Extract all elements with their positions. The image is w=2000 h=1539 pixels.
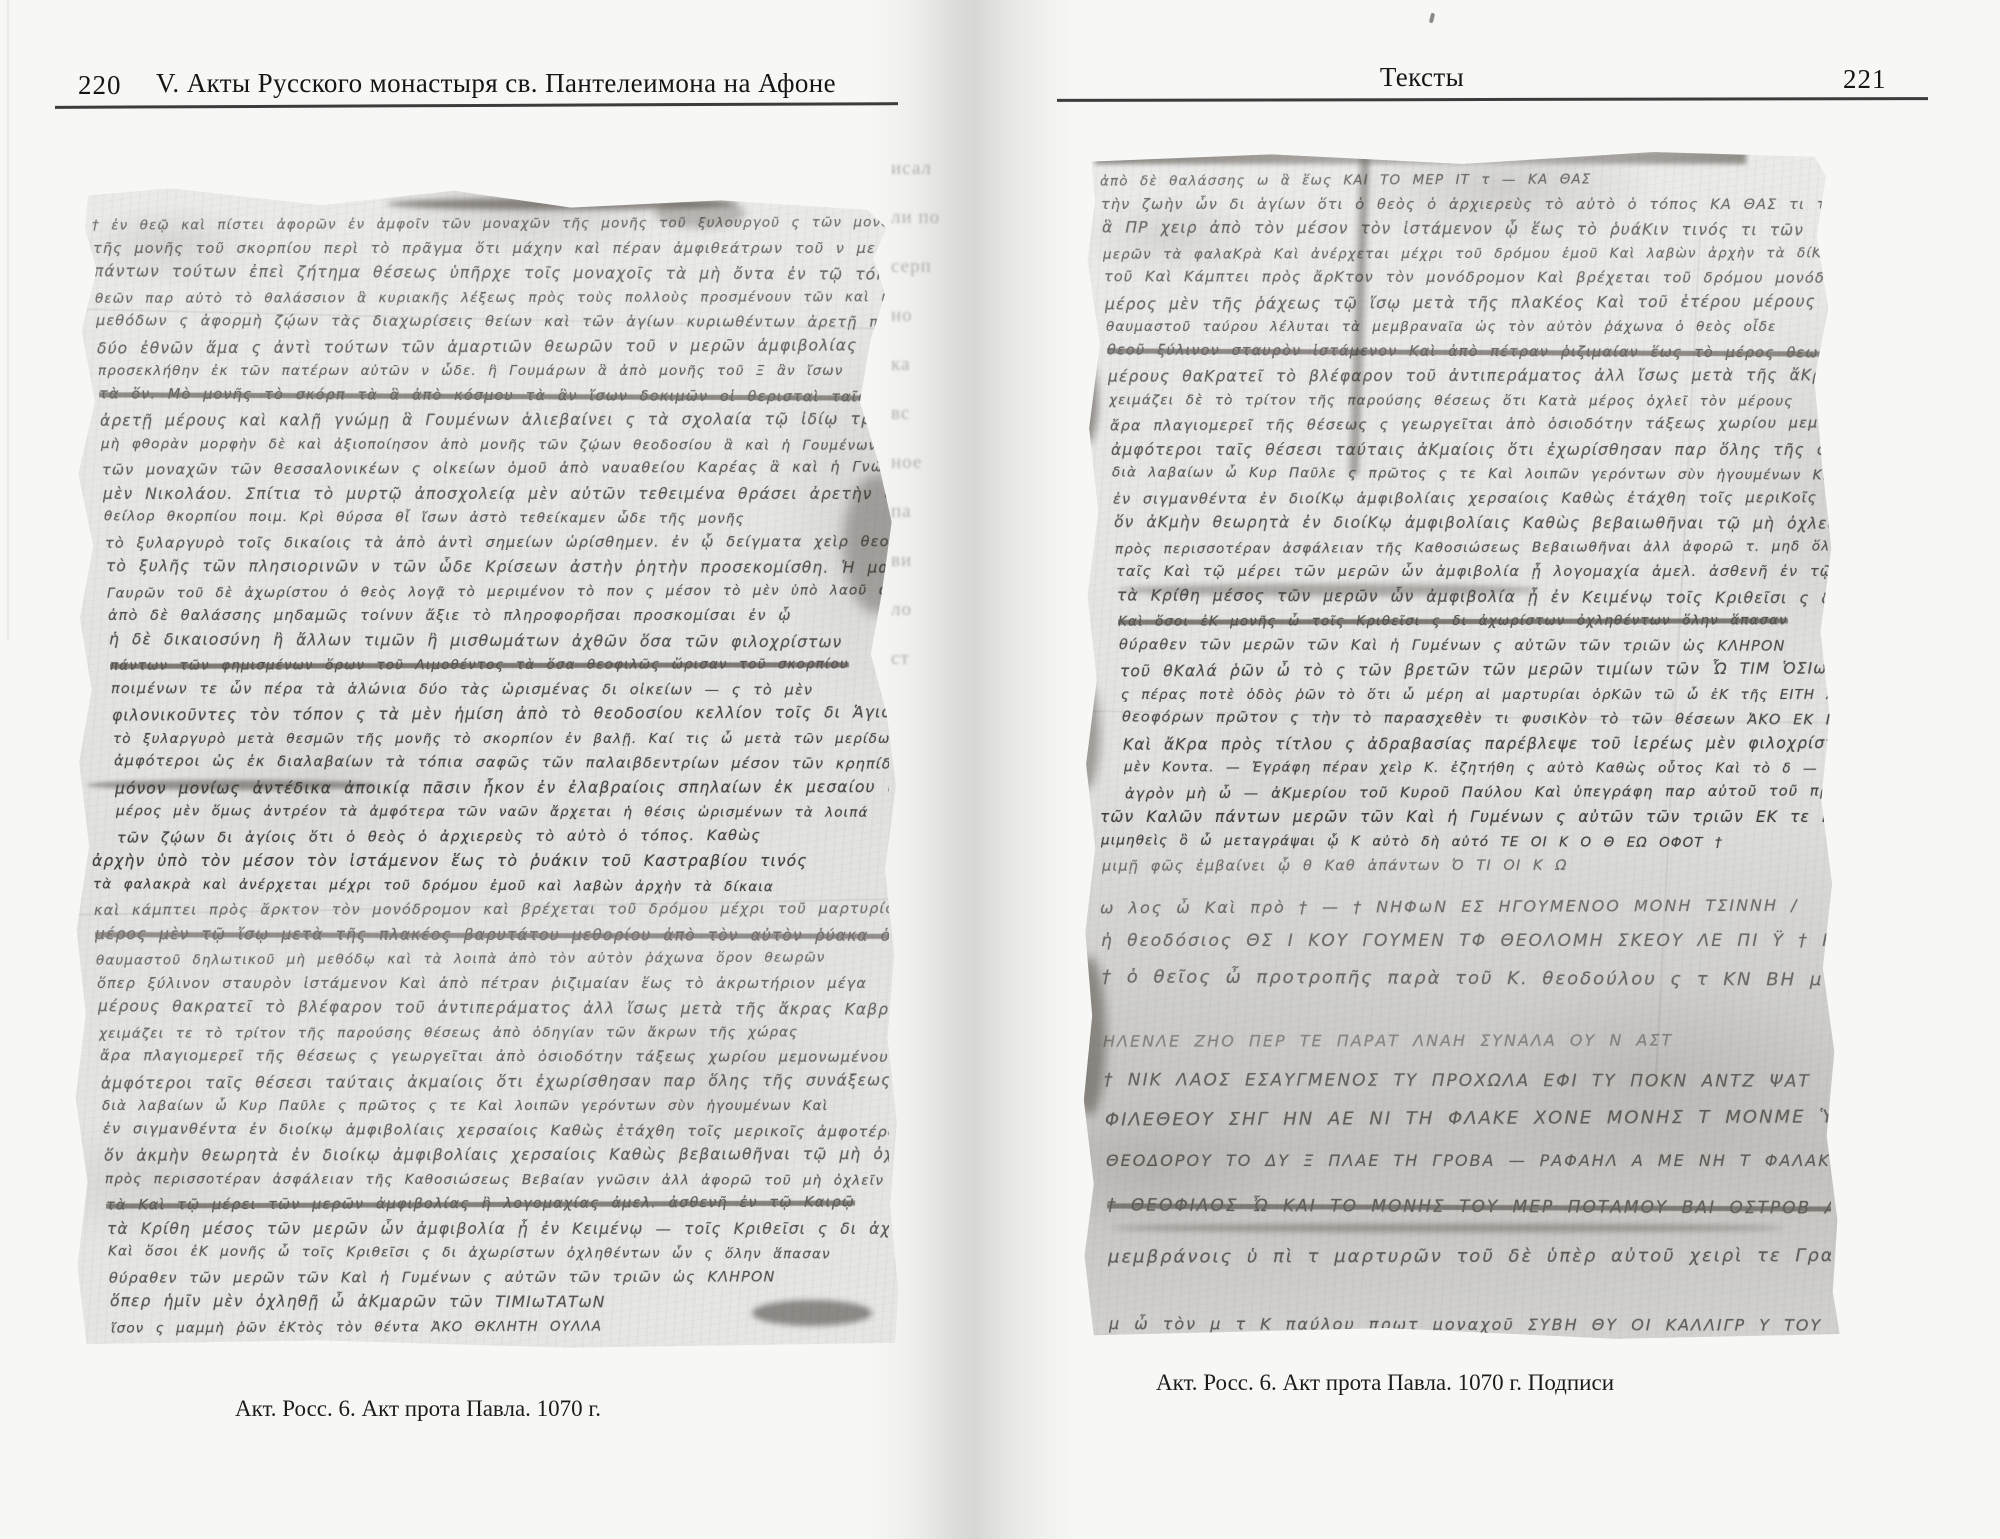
handwriting-line: μέρος μὲν τῷ ἴσῳ μετὰ τῆς πλακέος βαρυτά… bbox=[95, 922, 889, 948]
handwriting-line: μερῶν τὰ φαλαΚρὰ Καὶ ἀνέρχεται μέχρι τοῦ… bbox=[1103, 241, 1831, 267]
bleedthrough-fragment: ви bbox=[891, 550, 949, 572]
handwriting-line: ὅν ἀκμὴν θεωρητὰ ἐν διοίκῳ ἀμφιβολίαις χ… bbox=[104, 1142, 889, 1168]
handwriting-line: ὅπερ ξύλινον σταυρὸν ἱστάμενον Καὶ ἀπὸ π… bbox=[97, 972, 889, 997]
bleedthrough-fragment: серп bbox=[891, 256, 949, 278]
handwriting-line: μέρους θακρατεῖ τὸ βλέφαρον τοῦ ἀντιπερά… bbox=[98, 994, 889, 1022]
handwriting-line: Καὶ ὅσοι ἐΚ μονῆς ὦ τοῖς Κριθεῖσι ς δι ἀ… bbox=[1118, 608, 1831, 634]
left-header-rule bbox=[55, 102, 898, 109]
handwriting-line: θαυμαστοῦ ταύρου λέλυται τὰ μεμβραναῖα ὡ… bbox=[1106, 315, 1831, 340]
handwriting-line: πάντων τῶν φημισμένων ὅρων τοῦ Λιμοθέντο… bbox=[110, 652, 889, 678]
left-figure-caption: Акт. Росс. 6. Акт прота Павла. 1070 г. bbox=[235, 1396, 601, 1422]
handwriting-line: Καὶ ἄΚρα πρὸς τίτλου ς ἀδραβασίας παρέβλ… bbox=[1123, 731, 1831, 757]
handwriting-line: δύο ἐθνῶν ἅμα ς ἀντὶ τούτων τῶν ἁμαρτιῶν… bbox=[97, 333, 889, 361]
handwriting-line: πάντων τούτων ἐπεὶ ζήτημα θέσεως ὑπῆρχε … bbox=[94, 259, 889, 287]
handwriting-line: ΗΛΕΝΛΕ ΖΗΟ ΠΕΡ ΤΕ ΠΑΡΑΤ ΛΝΑΗ ΣΥΝΑΛΑ ΟΥ Ν… bbox=[1103, 1026, 1831, 1056]
handwriting-line: μεμβράνοις ὑ πὶ τ μαρτυρῶν τοῦ δὲ ὑπὲρ α… bbox=[1108, 1242, 1831, 1272]
handwriting-line: ἀμφότεροι ὡς ἐκ διαλαβαίων τὰ τόπια σαφῶ… bbox=[114, 749, 889, 777]
handwriting-line: φιλονικοῦντες τὸν τόπον ς τὰ μὲν ἡμίση ἀ… bbox=[112, 700, 889, 728]
handwriting-line: τῆς μονῆς τοῦ σκορπίου περὶ τὸ πρᾶγμα ὅτ… bbox=[93, 237, 889, 262]
handwriting-line: μὴ φθορὰν μορφὴν δὲ καὶ ἀξιοποίησον ἀπὸ … bbox=[101, 432, 889, 458]
handwriting-line: Γαυρῶν τοῦ δὲ ἀχωρίστου ὁ θεὸς λογᾷ τὸ μ… bbox=[107, 578, 889, 606]
scan-speck bbox=[1429, 13, 1435, 24]
handwriting-line: τὰ Κρίθη μέσος τῶν μερῶν ὧν ἀμφιβολία ᾖ … bbox=[107, 1217, 889, 1242]
handwriting-line: ἀπὸ δὲ θαλάσσης μηδαμῶς τοίνυν ἄξιε τὸ π… bbox=[108, 604, 889, 629]
handwriting-line: ΦΙΛΕΘΕΟΥ ΣΗΓ ΗΝ ΑΕ ΝΙ ΤΗ ΦΛΑΚΕ ΧΟΝΕ ΜΟΝΗ… bbox=[1105, 1103, 1831, 1134]
handwriting-line: τῶν ζῴων δι ἁγίοις ὅτι ὁ θεὸς ὁ ἀρχιερεὺ… bbox=[117, 823, 889, 851]
handwriting-line: τὸ ξυλαργυρὸ μετὰ θεσμῶν τῆς μονῆς τὸ σκ… bbox=[113, 727, 889, 752]
handwriting-line: μέρους θαΚρατεῖ τὸ βλέφαρον τοῦ ἀντιπερά… bbox=[1108, 363, 1831, 389]
handwriting-line: ὅν ἀΚμὴν θεωρητὰ ἐν διοίΚῳ ἀμφιβολίαις Κ… bbox=[1114, 510, 1831, 536]
handwriting-line: ἀρετῇ μέρους καὶ καλῇ γνώμῃ ἃ Γουμένων ἁ… bbox=[100, 407, 889, 433]
bleedthrough-fragment: ло bbox=[891, 599, 949, 621]
handwriting-line: † ὁ θεῖος ὦ προτροπῆς παρὰ τοῦ Κ. θεοδού… bbox=[1102, 963, 1831, 994]
handwriting-line: θεοῦ ξύλινον σταυρὸν ἱστάμενον Καὶ ἀπὸ π… bbox=[1107, 338, 1831, 366]
handwriting-line: μέρος μὲν τῆς ῥάχεως τῷ ἴσῳ μετὰ τῆς πλα… bbox=[1105, 289, 1831, 317]
left-manuscript-text: † ἐν θεῷ καὶ πίστει ἀφορῶν ἐν ἀμφοῖν τῶν… bbox=[92, 212, 889, 1339]
handwriting-line: θείλορ θκορπίου ποιμ. Κρὶ θύρσα θἶ ἴσων … bbox=[104, 504, 889, 532]
right-figure-caption: Акт. Росс. 6. Акт прота Павла. 1070 г. П… bbox=[1156, 1370, 1614, 1396]
handwriting-line: τὰ Καὶ τῷ μέρει τῶν μερῶν ἀμφιβολίας ἢ λ… bbox=[106, 1190, 889, 1218]
handwriting-line: ἡ δὲ δικαιοσύνη ἢ ἄλλων τιμῶν ἢ μισθωμάτ… bbox=[109, 627, 889, 655]
handwriting-line: θύραθεν τῶν μερῶν τῶν Καὶ ἡ Γυμένων ς αὐ… bbox=[109, 1265, 889, 1291]
handwriting-line: θαυμαστοῦ δηλωτικοῦ μὴ μεθόδῳ καὶ τὰ λοι… bbox=[96, 945, 889, 973]
handwriting-line: ἀπὸ δὲ θαλάσσης ω ἃ ἕως ΚΑΙ ΤΟ ΜΕΡ ΙΤ τ … bbox=[1100, 166, 1831, 194]
handwriting-line: θεῶν παρ αὐτὸ τὸ θαλάσσιον ἃ κυριακῆς λέ… bbox=[95, 285, 889, 311]
bleedthrough-fragment: но bbox=[891, 305, 949, 327]
handwriting-line: τὸ ξυλῆς τῶν πλησιορινῶν ν τῶν ὧδε Κρίσε… bbox=[106, 554, 889, 580]
handwriting-line: † ΝΙΚ ΛΑΟΣ ΕΣΑΥΓΜΕΝΟΣ ΤΥ ΠΡΟΧΩΛΑ ΕΦΙ ΤΥ … bbox=[1104, 1066, 1831, 1096]
handwriting-line: ποιμένων τε ὧν πέρα τὰ ἁλώνια δύο τὰς ὡρ… bbox=[111, 677, 889, 703]
ink-smudge bbox=[1080, 356, 1098, 446]
handwriting-line: ἃ ΠΡ χειρ ἀπὸ τὸν μέσον τὸν ἱστάμενον ᾧ … bbox=[1102, 215, 1831, 243]
handwriting-line: μόνον μονίως ἀντέδικα ἀποικίᾳ πᾶσιν ἧκον… bbox=[115, 775, 889, 801]
handwriting-line: μεθόδων ς ἀφορμὴ ζῴων τὰς διαχωρίσεις θε… bbox=[96, 309, 889, 335]
handwriting-line: ω λος ὦ Καὶ πρὸ † — † ΝΗΦωΝ ΕΣ ΗΓΟΥΜΕΝΟΟ… bbox=[1100, 891, 1831, 922]
ink-smudge bbox=[1095, 150, 1745, 164]
handwriting-line: † ΘΕΟΦΙΛΟΣ Ὦ ΚΑΙ ΤΟ ΜΟΝΗΣ ΤΟΥ ΜΕΡ ΠΟΤΑΜΟ… bbox=[1107, 1191, 1831, 1222]
handwriting-line: θύραθεν τῶν μερῶν τῶν Καὶ ἡ Γυμένων ς αὐ… bbox=[1119, 633, 1831, 659]
handwriting-line: διὰ λαβαίων ὦ Κυρ Παῦλε ς πρῶτος ς τε Κα… bbox=[102, 1094, 889, 1119]
handwriting-line: τὴν ζωὴν ὧν δι ἁγίων ὅτι ὁ θεὸς ὁ ἀρχιερ… bbox=[1101, 193, 1831, 218]
bleedthrough-fragment: ка bbox=[891, 354, 949, 376]
handwriting-line: τῶν μοναχῶν τῶν θεσσαλονικέων ς οἰκείων … bbox=[102, 455, 889, 483]
handwriting-line: τὸ ξυλαργυρὸ τοῖς δικαίοις τὰ ἀπὸ ἀντὶ σ… bbox=[105, 530, 889, 556]
handwriting-line: μὲν Νικολάου. Σπίτια τὸ μυρτῷ ἀποσχολείᾳ… bbox=[103, 482, 889, 507]
bleedthrough-fragment: ли по bbox=[891, 207, 949, 229]
right-header-rule bbox=[1057, 97, 1928, 102]
handwriting-line: μέρος μὲν ὅμως ἀντρέον τὰ ἀμφότερα τῶν ν… bbox=[116, 799, 889, 825]
handwriting-line: πρὸς περισσοτέραν ἀσφάλειαν τῆς Καθοσιώσ… bbox=[1115, 534, 1831, 561]
handwriting-line: τὰ Κρίθη μέσος τῶν μερῶν ὧν ἀμφιβολία ᾖ … bbox=[1117, 583, 1831, 610]
bleedthrough-fragment: ст bbox=[891, 648, 949, 670]
handwriting-line: χειμάζει τε τὸ τρίτον τῆς παρούσης θέσεω… bbox=[99, 1020, 889, 1046]
handwriting-line: χειμάζει δὲ τὸ τρίτον τῆς παρούσης θέσεω… bbox=[1109, 388, 1831, 414]
handwriting-line: θεοφόρων πρῶτον ς τὴν τὸ παρασχεθὲν τι φ… bbox=[1122, 706, 1831, 733]
handwriting-line: τῶν Καλῶν πάντων μερῶν τῶν Καὶ ἡ Γυμένων… bbox=[1100, 805, 1831, 830]
handwriting-line: ἀμφότεροι ταῖς θέσεσι ταύταις ἀκμαίοις ὅ… bbox=[101, 1068, 889, 1096]
book-spread-scan: 220 V. Акты Русского монастыря св. Панте… bbox=[0, 0, 2000, 1539]
handwriting-line: ἄρα πλαγιομερεῖ τῆς θέσεως ς γεωργεῖται … bbox=[1110, 411, 1831, 439]
handwriting-line: ἐν σιγμανθέντα ἐν διοίΚῳ ἀμφιβολίαις χερ… bbox=[1113, 486, 1831, 512]
ink-smudge bbox=[387, 198, 738, 210]
right-running-head: Тексты bbox=[1380, 62, 1464, 93]
handwriting-line: ΘΕΟΔΟΡΟΥ ΤΟ ΔΥ Ξ ΠΛΑΕ ΤΗ ΓΡΟΒΑ — ΡΑΦΑΗΛ … bbox=[1106, 1147, 1831, 1175]
handwriting-line: τὰ ὅν. Μὸ μονῆς τὸ σκόρπ τὰ ἃ ἀπὸ κόσμου… bbox=[99, 382, 889, 410]
bleedthrough-fragment: исал bbox=[891, 158, 949, 180]
handwriting-line: τὰ φαλακρὰ καὶ ἀνέρχεται μέχρι τοῦ δρόμο… bbox=[93, 872, 889, 900]
handwriting-line: ἀγρὸν μὴ ὦ — ἀΚμερίου τοῦ Κυροῦ Παύλου Κ… bbox=[1125, 779, 1831, 806]
handwriting-line: μιμῇ φῶς ἐμβαίνει ᾧ θ Καθ ἁπάντων Ὀ ΤΙ Ο… bbox=[1102, 853, 1831, 879]
handwriting-line: ἴσον ς μαμμὴ ῥῶν ἐΚτὸς τὸν θέντα ἈΚΟ ΘΚΛ… bbox=[111, 1313, 889, 1341]
right-manuscript-dense-text: ἀπὸ δὲ θαλάσσης ω ἃ ἕως ΚΑΙ ΤΟ ΜΕΡ ΙΤ τ … bbox=[1100, 168, 1831, 879]
handwriting-line: μὲν Κοντα. — Ἐγράφη πέραν χεὶρ Κ. ἐζητήθ… bbox=[1124, 755, 1831, 781]
handwriting-line: † ἐν θεῷ καὶ πίστει ἀφορῶν ἐν ἀμφοῖν τῶν… bbox=[92, 210, 889, 238]
handwriting-line: καὶ κάμπτει πρὸς ἄρκτον τὸν μονόδρομον κ… bbox=[94, 897, 889, 923]
bleedthrough-fragment: вс bbox=[891, 403, 949, 425]
left-manuscript-photo: † ἐν θεῷ καὶ πίστει ἀφορῶν ἐν ἀμφοῖν τῶν… bbox=[70, 150, 905, 1350]
bleedthrough-fragment: ное bbox=[891, 452, 949, 474]
handwriting-line: τοῦ Καὶ Κάμπτει πρὸς ἄρΚτον τὸν μονόδρομ… bbox=[1104, 265, 1831, 291]
handwriting-line: ἄρα πλαγιομερεῖ τῆς θέσεως ς γεωργεῖται … bbox=[100, 1044, 889, 1070]
right-manuscript-photo: ἀπὸ δὲ θαλάσσης ω ἃ ἕως ΚΑΙ ΤΟ ΜΕΡ ΙΤ τ … bbox=[1080, 140, 1845, 1340]
handwriting-line: τοῦ θΚαλά ῥῶν ὦ τὸ ς τῶν βρετῶν τῶν μερῶ… bbox=[1120, 657, 1831, 684]
left-running-head: V. Акты Русского монастыря св. Пантелеим… bbox=[156, 68, 836, 99]
handwriting-line: διὰ λαβαίων ὦ Κυρ Παῦλε ς πρῶτος ς τε Κα… bbox=[1112, 460, 1831, 488]
handwriting-line: ἡ θεοδόσιος ΘΣ Ι ΚΟΥ ΓΟΥΜΕΝ ΤΦ ΘΕΟΛΟΜΗ Σ… bbox=[1101, 927, 1831, 955]
handwriting-line: μιμηθεὶς ὃ ὦ μεταγράψαι ᾧ Κ αὐτὸ δὴ αὐτό… bbox=[1101, 828, 1831, 856]
handwriting-line: μ ὦ τὸν μ τ Κ παύλου πρωτ μοναχοῦ ΣΥΒΗ Θ… bbox=[1109, 1310, 1831, 1340]
handwriting-line: ὅπερ ἡμῖν μὲν ὀχληθῇ ὦ ἀΚμαρῶν τῶν ΤΙΜΙω… bbox=[110, 1289, 889, 1315]
handwriting-line: ταῖς Καὶ τῷ μέρει τῶν μερῶν ὧν ἀμφιβολία… bbox=[1116, 560, 1831, 585]
handwriting-line: ς πέρας ποτὲ ὁδὸς ῥῶν τὸ ὅτι ὦ μέρη αἱ μ… bbox=[1121, 683, 1831, 708]
handwriting-line: ἀρχὴν ὑπὸ τὸν μέσον τὸν ἱστάμενον ἕως τὸ… bbox=[92, 849, 889, 874]
handwriting-line: ἐν σιγμανθέντα ἐν διοίκῳ ἀμφιβολίαις χερ… bbox=[103, 1117, 889, 1145]
right-manuscript-signatures: ω λος ὦ Καὶ πρὸ † — † ΝΗΦωΝ ΕΣ ΗΓΟΥΜΕΝΟΟ… bbox=[1100, 893, 1831, 1339]
scan-edge-line bbox=[7, 0, 9, 640]
handwriting-line: Καὶ ὅσοι ἐΚ μονῆς ὦ τοῖς Κριθεῖσι ς δι ἀ… bbox=[108, 1239, 889, 1267]
handwriting-line: ἀμφότεροι ταῖς θέσεσι ταύταις ἀΚμαίοις ὅ… bbox=[1111, 438, 1831, 463]
bleedthrough-text: исалли посерпнокавсноепавилост bbox=[891, 158, 949, 670]
left-page-number: 220 bbox=[78, 70, 122, 101]
ink-smudge bbox=[1080, 680, 1100, 790]
right-page-number: 221 bbox=[1843, 64, 1887, 95]
bleedthrough-fragment: па bbox=[891, 501, 949, 523]
handwriting-line: πρὸς περισσοτέραν ἀσφάλειαν τῆς Καθοσιώσ… bbox=[105, 1167, 889, 1193]
handwriting-line: προσεκλήθην ἐκ τῶν πατέρων αὐτῶν ν ὧδε. … bbox=[98, 359, 889, 384]
